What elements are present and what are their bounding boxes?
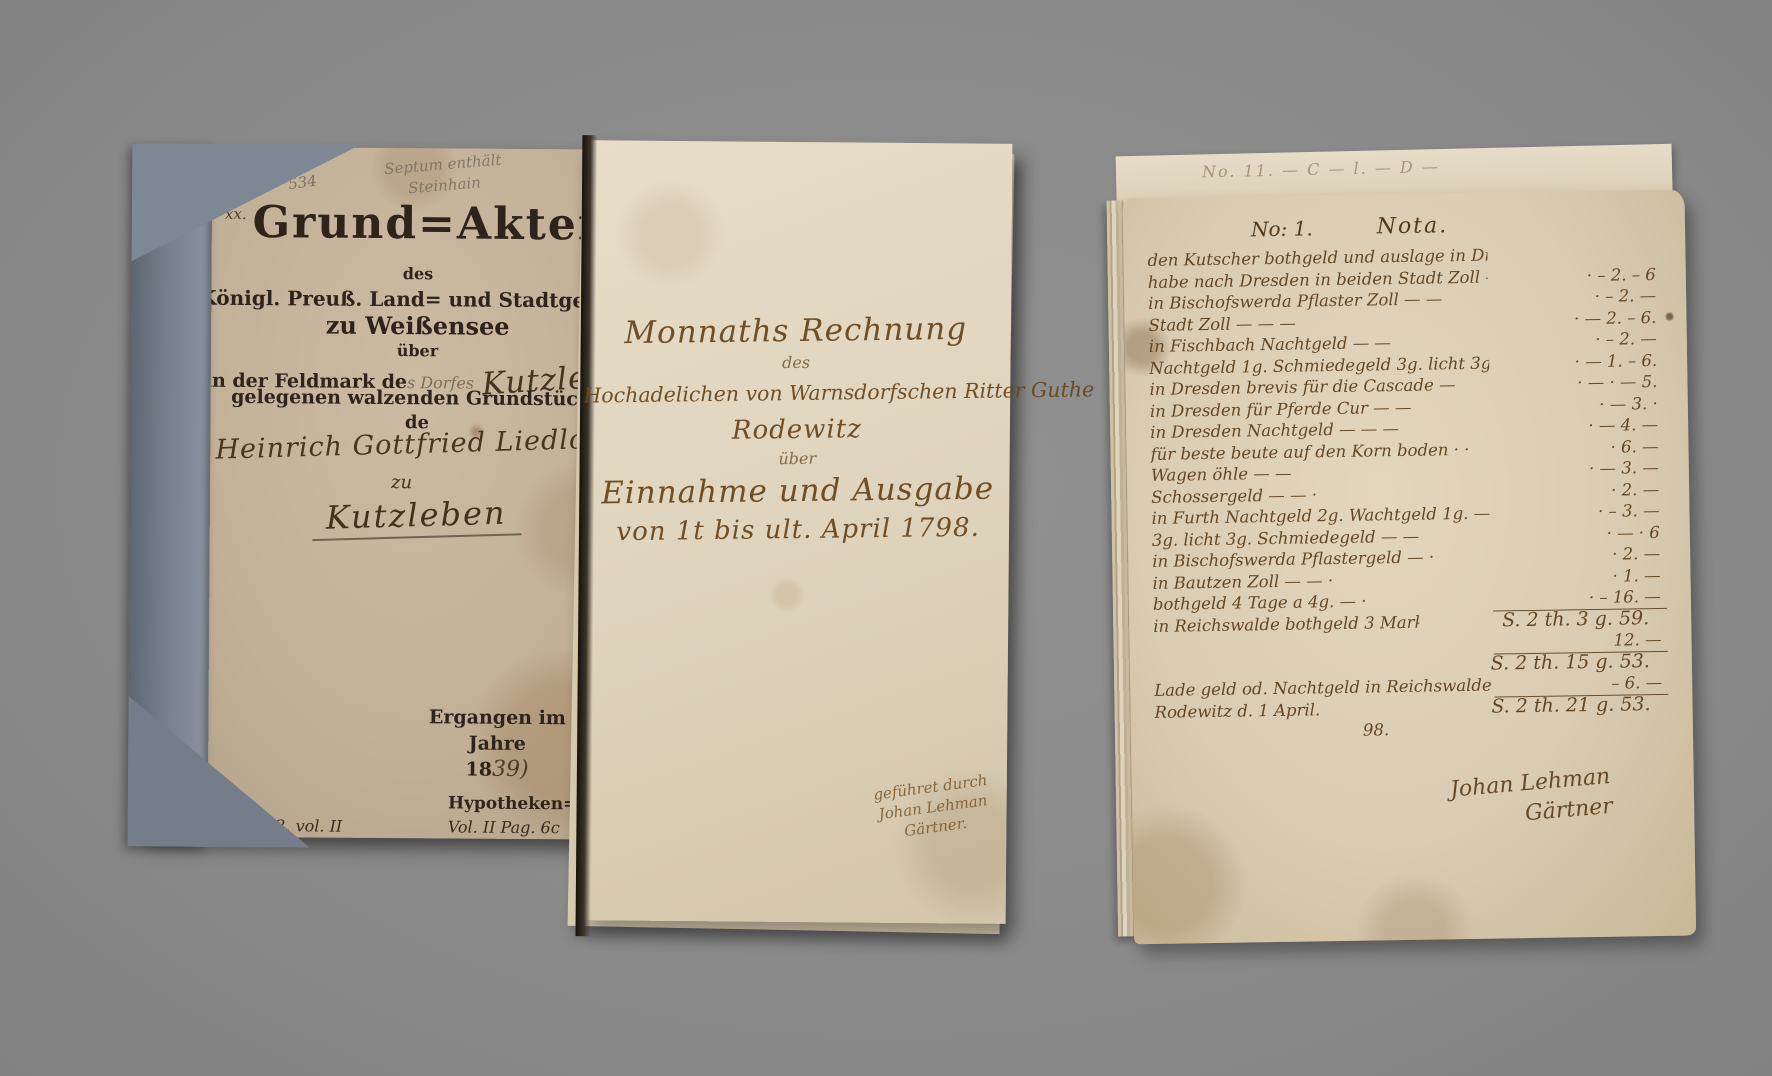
court-name: Königl. Preuß. Land= und Stadtgerichts: [199, 286, 636, 313]
ledger-row-amount: · — 3. —: [1491, 457, 1665, 481]
zu-handwriting: zu: [198, 471, 605, 495]
ledger-row-amount: · 6. —: [1490, 435, 1664, 459]
account-title-line: Hochadelichen von Warnsdorfschen Ritter …: [583, 371, 1009, 414]
nota-number: No: 1.: [1251, 215, 1313, 242]
ledger-row-amount: · 2. —: [1492, 543, 1666, 567]
ledger-row-amount: · — 1. – 6.: [1489, 349, 1663, 373]
ledger-signature-block: Johan Lehman Gärtner: [1155, 756, 1672, 860]
ledger-row-text: [1154, 648, 1494, 653]
ledger-row-amount: · — · 6: [1492, 521, 1666, 545]
ledger-rows: den Kutscher bothgeld und auslage in Dre…: [1147, 242, 1669, 745]
ledger-row-amount: · 1. —: [1492, 564, 1666, 588]
ledger-row-amount: S. 2 th. 21 g. 53.: [1420, 693, 1668, 718]
ergangen-year-handwriting: 39): [492, 757, 529, 782]
account-title-block: Monnaths Rechnung des Hochadelichen von …: [582, 307, 1011, 550]
ledger-row-amount: · – 2. – 6: [1488, 263, 1662, 287]
ergangen-label: Ergangen im Jahre: [397, 704, 597, 757]
nota-header: No: 1. Nota.: [1147, 210, 1661, 244]
nota-front-page: No: 1. Nota. den Kutscher bothgeld und a…: [1123, 190, 1697, 945]
nota-ledger-bundle: No. 11. — C — l. — D — No: 1. Nota. den …: [1106, 146, 1696, 945]
place-handwriting-underlined: Kutzleben: [311, 493, 521, 541]
nota-title: Nota.: [1377, 213, 1449, 240]
ledger-row-amount: · – 2. —: [1489, 328, 1663, 352]
monthly-account-cover: Monnaths Rechnung des Hochadelichen von …: [580, 140, 1013, 924]
court-city: zu Weißensee: [199, 310, 636, 342]
title-des: des: [199, 263, 636, 285]
ledger-row-text: [1154, 670, 1420, 674]
ledger-row-text: 98.: [1155, 718, 1495, 745]
ledger-row-amount: · 2. —: [1491, 478, 1665, 502]
ledger-row-text: in Reichswalde bothgeld 3 Mark. a 4g.: [1153, 611, 1419, 637]
clerk-signature-block: geführet durch Johan Lehman Gärtner.: [872, 770, 994, 844]
ledger-row-amount: · — 3. ·: [1490, 392, 1664, 416]
ledger-row-amount: · — 2. – 6.: [1488, 306, 1662, 330]
account-title-line: Monnaths Rechnung: [582, 307, 1008, 354]
land-records-folder: 534 Septum enthält Steinhain xx.Grund=Ak…: [136, 146, 643, 839]
ledger-row-amount: [1488, 258, 1662, 261]
ledger-row-amount: [1495, 731, 1669, 734]
ergangen-year-line: 1839): [397, 756, 597, 783]
account-title-line: von 1t bis ult. April 1798.: [585, 509, 1011, 550]
ledger-row-amount: · – 3. —: [1491, 500, 1665, 524]
account-title-line: Rodewitz: [584, 409, 1010, 450]
behind-sheet-header: No. 11. — C — l. — D —: [1202, 152, 1662, 181]
account-title-line: Einnahme und Ausgabe: [584, 467, 1010, 514]
ergangen-block: Ergangen im Jahre 1839): [397, 704, 598, 783]
place-handwriting-wrap: Kutzleben: [198, 495, 635, 540]
photo-of-three-historic-documents: { "scene": { "background_color": "#8a8a8…: [0, 0, 1772, 1076]
spine-corner-fold-bottom: [128, 696, 311, 847]
ledger-row-amount: · — 4. —: [1490, 414, 1664, 438]
ledger-row-amount: · – 2. —: [1488, 285, 1662, 309]
ergangen-prefix: 18: [465, 759, 492, 781]
spine-corner-fold-top: [132, 143, 361, 263]
grundstuecke-line: gelegenen walzenden Grundstücke: [199, 386, 636, 411]
ledger-row-amount: · — · — 5.: [1489, 371, 1663, 395]
